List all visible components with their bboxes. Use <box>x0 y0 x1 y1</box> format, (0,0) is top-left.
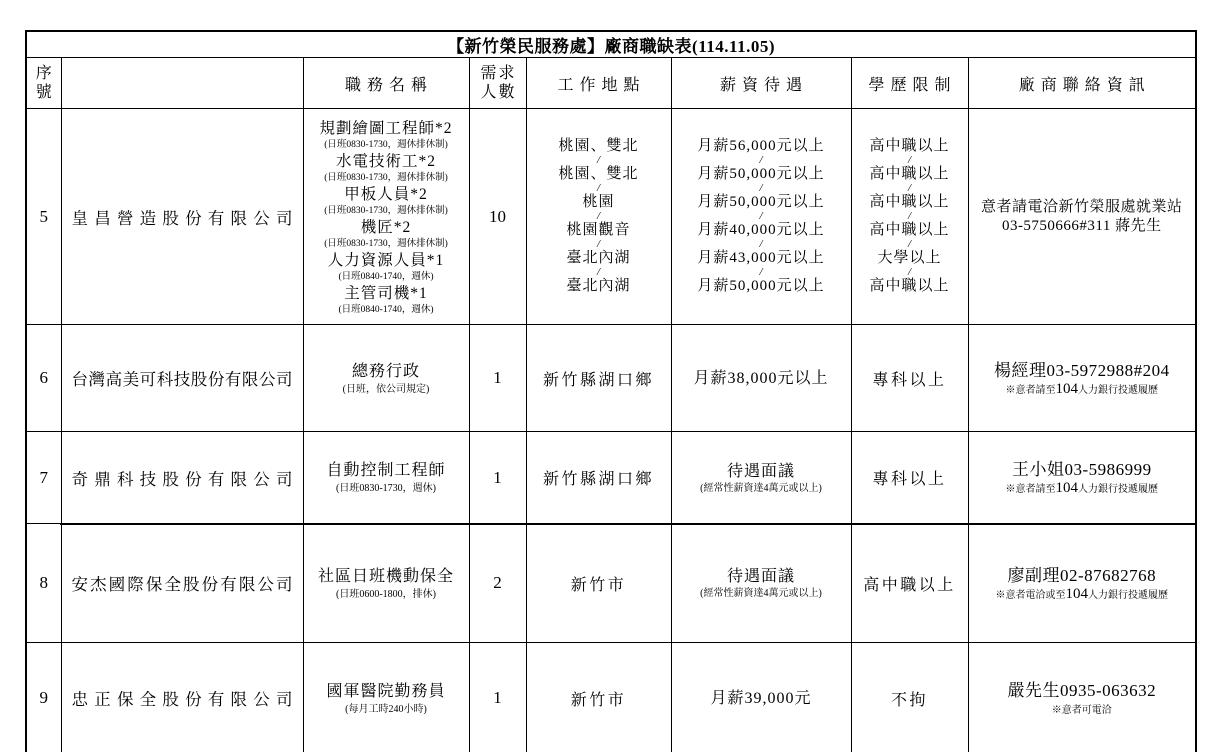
slash-separator: / <box>852 211 968 222</box>
salary-line: 月薪50,000元以上 <box>672 166 851 183</box>
page-title: 【新竹榮民服務處】廠商職缺表(114.11.05) <box>26 31 1196 58</box>
company-name: 安杰國際保全股份有限公司 <box>62 571 303 595</box>
job-detail: (日班0600-1800，排休) <box>304 588 469 601</box>
job-title: 自動控制工程師 <box>304 460 469 482</box>
table-row: 6 台灣高美可科技股份有限公司 總務行政 (日班，依公司規定) 1 新竹縣湖口鄉… <box>26 325 1196 432</box>
document-sheet: 【新竹榮民服務處】廠商職缺表(114.11.05) 序 號 職務名稱 需求 人數… <box>25 30 1197 752</box>
cell-contact: 嚴先生0935-063632 ※意者可電洽 <box>968 643 1196 752</box>
cell-contact: 王小姐03-5986999 ※意者請至104人力銀行投遞履歷 <box>968 432 1196 524</box>
job-title: 總務行政 <box>304 361 469 383</box>
slash-separator: / <box>527 267 671 278</box>
cell-salary: 月薪56,000元以上 / 月薪50,000元以上 / 月薪50,000元以上 … <box>671 109 851 325</box>
cell-salary: 月薪38,000元以上 <box>671 325 851 432</box>
slash-separator: / <box>852 155 968 166</box>
table-row: 5 皇昌營造股份有限公司 規劃繪圖工程師*2 (日班0830-1730，週休排休… <box>26 109 1196 325</box>
job-entry: 甲板人員*2 (日班0830-1730，週休排休制) <box>304 184 469 217</box>
location-line: 臺北內湖 <box>527 278 671 295</box>
header-location: 工作地點 <box>526 58 671 109</box>
job-entry: 規劃繪圖工程師*2 (日班0830-1730，週休排休制) <box>304 118 469 151</box>
cell-location: 新竹縣湖口鄉 <box>526 325 671 432</box>
cell-headcount: 1 <box>469 643 526 752</box>
cell-company: 奇鼎科技股份有限公司 <box>61 432 303 524</box>
cell-job-titles: 自動控制工程師 (日班0830-1730，週休) <box>303 432 469 524</box>
cell-seq: 5 <box>26 109 61 325</box>
cell-contact: 楊經理03-5972988#204 ※意者請至104人力銀行投遞履歷 <box>968 325 1196 432</box>
slash-separator: / <box>672 267 851 278</box>
cell-seq: 9 <box>26 643 61 752</box>
job-title: 國軍醫院勤務員 <box>304 681 469 703</box>
cell-education: 高中職以上 <box>851 524 968 643</box>
contact-line1: 意者請電洽新竹榮服處就業站 <box>969 198 1196 217</box>
contact-main: 王小姐03-5986999 <box>969 458 1196 481</box>
cell-job-titles: 總務行政 (日班，依公司規定) <box>303 325 469 432</box>
location-line: 桃園觀音 <box>527 222 671 239</box>
header-company <box>61 58 303 109</box>
header-job-title: 職務名稱 <box>303 58 469 109</box>
header-seq: 序 號 <box>26 58 61 109</box>
salary-main: 待遇面議 <box>672 566 851 587</box>
education-line: 高中職以上 <box>852 166 968 183</box>
contact-note: ※意者可電洽 <box>969 702 1196 718</box>
job-detail: (日班，依公司規定) <box>304 383 469 396</box>
salary-main: 月薪38,000元以上 <box>672 368 851 389</box>
header-row: 序 號 職務名稱 需求 人數 工作地點 薪資待遇 學歷限制 廠商聯絡資訊 <box>26 58 1196 109</box>
job-vacancy-table: 【新竹榮民服務處】廠商職缺表(114.11.05) 序 號 職務名稱 需求 人數… <box>25 30 1197 752</box>
education-line: 高中職以上 <box>852 222 968 239</box>
location-line: 桃園、雙北 <box>527 166 671 183</box>
table-row: 8 安杰國際保全股份有限公司 社區日班機動保全 (日班0600-1800，排休)… <box>26 524 1196 643</box>
slash-separator: / <box>527 211 671 222</box>
cell-salary: 待遇面議 (經常性薪資達4萬元或以上) <box>671 432 851 524</box>
company-name: 台灣高美可科技股份有限公司 <box>62 366 303 390</box>
table-row: 7 奇鼎科技股份有限公司 自動控制工程師 (日班0830-1730，週休) 1 … <box>26 432 1196 524</box>
cell-company: 安杰國際保全股份有限公司 <box>61 524 303 643</box>
company-name: 皇昌營造股份有限公司 <box>62 205 303 229</box>
cell-salary: 月薪39,000元 <box>671 643 851 752</box>
location-line: 桃園、雙北 <box>527 138 671 155</box>
salary-line: 月薪56,000元以上 <box>672 138 851 155</box>
salary-main: 月薪39,000元 <box>672 688 851 709</box>
cell-headcount: 1 <box>469 325 526 432</box>
contact-note: ※意者請至104人力銀行投遞履歷 <box>969 481 1196 497</box>
slash-separator: / <box>852 183 968 194</box>
cell-headcount: 10 <box>469 109 526 325</box>
salary-line: 月薪50,000元以上 <box>672 278 851 295</box>
header-education: 學歷限制 <box>851 58 968 109</box>
contact-line2: 03-5750666#311 蔣先生 <box>969 217 1196 236</box>
salary-line: 月薪40,000元以上 <box>672 222 851 239</box>
scan-artifact-line <box>60 523 1195 525</box>
education-line: 高中職以上 <box>852 194 968 211</box>
education-line: 高中職以上 <box>852 278 968 295</box>
contact-main: 楊經理03-5972988#204 <box>969 359 1196 382</box>
cell-location: 新竹市 <box>526 524 671 643</box>
cell-company: 台灣高美可科技股份有限公司 <box>61 325 303 432</box>
company-name: 忠正保全股份有限公司 <box>62 686 303 710</box>
cell-education: 專科以上 <box>851 325 968 432</box>
slash-separator: / <box>852 267 968 278</box>
job-entry: 水電技術工*2 (日班0830-1730，週休排休制) <box>304 151 469 184</box>
slash-separator: / <box>527 183 671 194</box>
slash-separator: / <box>672 155 851 166</box>
cell-contact: 廖副理02-87682768 ※意者電洽或至104人力銀行投遞履歷 <box>968 524 1196 643</box>
cell-contact: 意者請電洽新竹榮服處就業站 03-5750666#311 蔣先生 <box>968 109 1196 325</box>
job-detail: (日班0830-1730，週休) <box>304 482 469 495</box>
title-row: 【新竹榮民服務處】廠商職缺表(114.11.05) <box>26 31 1196 58</box>
cell-company: 忠正保全股份有限公司 <box>61 643 303 752</box>
job-entry: 機匠*2 (日班0830-1730，週休排休制) <box>304 217 469 250</box>
salary-line: 月薪50,000元以上 <box>672 194 851 211</box>
cell-education: 不拘 <box>851 643 968 752</box>
education-line: 高中職以上 <box>852 138 968 155</box>
cell-location: 新竹縣湖口鄉 <box>526 432 671 524</box>
slash-separator: / <box>527 239 671 250</box>
slash-separator: / <box>672 183 851 194</box>
job-entry: 主管司機*1 (日班0840-1740，週休) <box>304 283 469 316</box>
cell-education: 高中職以上 / 高中職以上 / 高中職以上 / 高中職以上 / 大學以上 / 高… <box>851 109 968 325</box>
location-line: 桃園 <box>527 194 671 211</box>
cell-headcount: 1 <box>469 432 526 524</box>
job-entry: 人力資源人員*1 (日班0840-1740，週休) <box>304 250 469 283</box>
education-line: 大學以上 <box>852 250 968 267</box>
company-name: 奇鼎科技股份有限公司 <box>62 466 303 490</box>
cell-seq: 6 <box>26 325 61 432</box>
cell-salary: 待遇面議 (經常性薪資達4萬元或以上) <box>671 524 851 643</box>
cell-education: 專科以上 <box>851 432 968 524</box>
slash-separator: / <box>672 211 851 222</box>
location-line: 臺北內湖 <box>527 250 671 267</box>
salary-line: 月薪43,000元以上 <box>672 250 851 267</box>
cell-location: 新竹市 <box>526 643 671 752</box>
cell-seq: 8 <box>26 524 61 643</box>
job-title: 社區日班機動保全 <box>304 566 469 588</box>
cell-company: 皇昌營造股份有限公司 <box>61 109 303 325</box>
header-headcount: 需求 人數 <box>469 58 526 109</box>
header-contact: 廠商聯絡資訊 <box>968 58 1196 109</box>
cell-location: 桃園、雙北 / 桃園、雙北 / 桃園 / 桃園觀音 / 臺北內湖 / 臺北內湖 <box>526 109 671 325</box>
salary-detail: (經常性薪資達4萬元或以上) <box>672 482 851 495</box>
table-row: 9 忠正保全股份有限公司 國軍醫院勤務員 (每月工時240小時) 1 新竹市 月… <box>26 643 1196 752</box>
contact-note: ※意者電洽或至104人力銀行投遞履歷 <box>969 587 1196 603</box>
cell-job-titles: 規劃繪圖工程師*2 (日班0830-1730，週休排休制) 水電技術工*2 (日… <box>303 109 469 325</box>
header-salary: 薪資待遇 <box>671 58 851 109</box>
slash-separator: / <box>852 239 968 250</box>
slash-separator: / <box>527 155 671 166</box>
salary-main: 待遇面議 <box>672 461 851 482</box>
salary-detail: (經常性薪資達4萬元或以上) <box>672 587 851 600</box>
job-detail: (每月工時240小時) <box>304 703 469 716</box>
slash-separator: / <box>672 239 851 250</box>
cell-headcount: 2 <box>469 524 526 643</box>
cell-seq: 7 <box>26 432 61 524</box>
cell-job-titles: 國軍醫院勤務員 (每月工時240小時) <box>303 643 469 752</box>
contact-main: 廖副理02-87682768 <box>969 564 1196 587</box>
cell-job-titles: 社區日班機動保全 (日班0600-1800，排休) <box>303 524 469 643</box>
contact-main: 嚴先生0935-063632 <box>969 679 1196 702</box>
contact-note: ※意者請至104人力銀行投遞履歷 <box>969 382 1196 398</box>
